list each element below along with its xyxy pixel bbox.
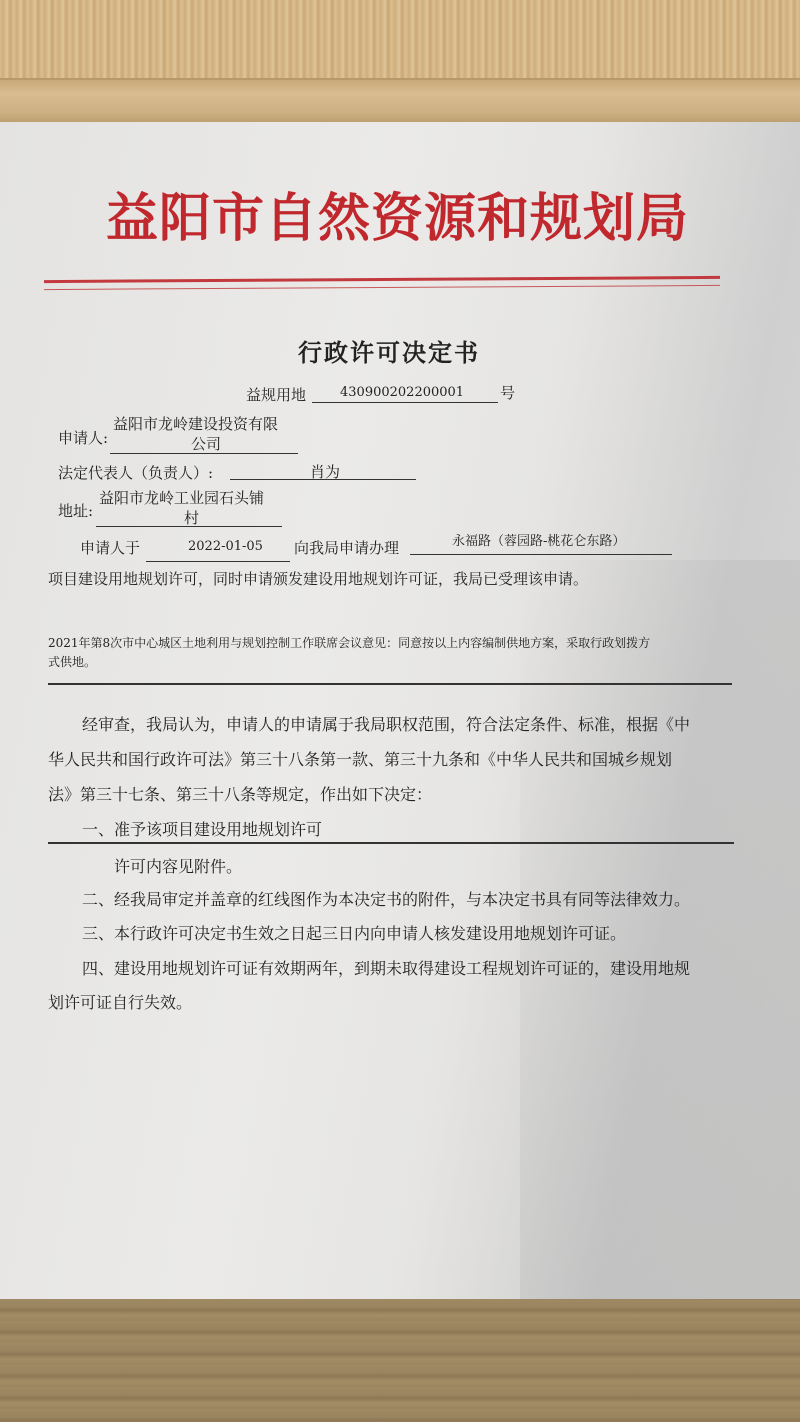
number-underline [312,402,498,403]
opinion-underline [48,683,732,685]
address-underline [96,526,282,527]
applicant-underline [110,453,298,454]
review-line3: 法》第三十七条、第三十八条等规定，作出如下决定： [48,777,432,812]
review-line2: 华人民共和国行政许可法》第三十八条第一款、第三十九条和《中华人民共和国城乡规划 [48,742,672,777]
application-date: 2022-01-05 [188,539,263,554]
issuer-header: 益阳市自然资源和规划局 [106,176,689,251]
address-line1: 益阳市龙岭工业园石头铺 [99,487,264,508]
legal-rep-label: 法定代表人（负责人）: [58,462,213,483]
project-underline [410,554,672,555]
application-continuation: 项目建设用地规划许可，同时申请颁发建设用地规划许可证，我局已受理该申请。 [48,568,588,589]
legal-rep-underline [230,479,416,480]
meeting-opinion-line2: 式供地。 [48,653,96,670]
decision-item-2: 二、经我局审定并盖章的红线图作为本决定书的附件，与本决定书具有同等法律效力。 [82,882,690,917]
number-suffix: 号 [500,382,515,403]
document-title: 行政许可决定书 [298,333,480,368]
decision-item-3: 三、本行政许可决定书生效之日起三日内向申请人核发建设用地规划许可证。 [82,916,626,951]
date-underline [146,561,290,562]
decision-item-4-line1: 四、建设用地规划许可证有效期两年，到期未取得建设工程规划许可证的，建设用地规 [82,951,690,986]
applicant-name-line2: 公司 [191,433,221,454]
address-line2: 村 [184,507,199,528]
applicant-label: 申请人: [58,427,108,448]
review-line1: 经审查，我局认为，申请人的申请属于我局职权范围，符合法定条件、标准，根据《中 [82,707,690,742]
decision-1-underline [48,842,734,844]
decision-item-1-note: 许可内容见附件。 [114,849,242,884]
application-middle: 向我局申请办理 [294,537,399,558]
number-prefix: 益规用地 [246,384,306,405]
decision-item-4-line2: 划许可证自行失效。 [48,985,192,1020]
document-number: 430900202200001 [340,385,464,400]
applicant-name-line1: 益阳市龙岭建设投资有限 [113,413,278,434]
meeting-opinion-line1: 2021年第8次市中心城区土地利用与规划控制工作联席会议意见：同意按以上内容编制… [48,634,650,651]
project-name: 永福路（蓉园路-桃花仑东路） [452,530,625,549]
address-label: 地址: [58,500,93,521]
wood-table-bottom [0,1299,800,1422]
application-prefix: 申请人于 [80,537,140,558]
wood-ledge [0,78,800,126]
